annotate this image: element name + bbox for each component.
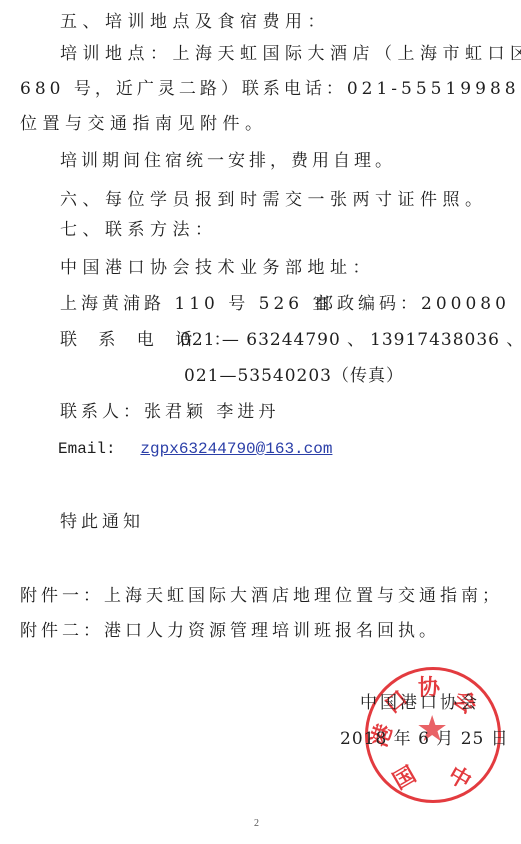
postcode: 邮政编码：200080: [316, 293, 510, 315]
section5-heading: 五、培训地点及食宿费用：: [60, 11, 330, 33]
accommodation-note: 培训期间住宿统一安排，费用自理。: [60, 150, 396, 172]
venue-line-2: 680 号，近广灵二路）联系电话：021-55519988，具体地理: [20, 78, 521, 100]
email-row: Email: zgpx63244790@163.com: [58, 437, 332, 460]
signature-organization: 中国港口协会: [360, 692, 480, 714]
email-label: Email:: [58, 440, 116, 458]
attachment-1: 附件一：上海天虹国际大酒店地理位置与交通指南；: [20, 585, 503, 607]
section7-heading: 七、联系方法：: [60, 219, 218, 241]
page-number: 2: [254, 818, 259, 829]
signature-date: 2018 年 6 月 25 日: [340, 728, 509, 750]
phone-1: 021 — 63244790 、: [180, 329, 365, 351]
address: 上海黄浦路 110 号 526 室: [60, 293, 334, 315]
seal-char: 中: [444, 764, 474, 794]
email-link[interactable]: zgpx63244790@163.com: [140, 440, 332, 458]
org-address-label: 中国港口协会技术业务部地址：: [60, 257, 375, 279]
seal-char: 国: [390, 764, 420, 794]
fax: 021—53540203（传真）: [184, 365, 404, 387]
contacts: 联系人：张君颖 李进丹: [60, 401, 279, 423]
attachment-2: 附件二：港口人力资源管理培训班报名回执。: [20, 620, 440, 642]
venue-line-3: 位置与交通指南见附件。: [20, 113, 268, 135]
phone-2: 13917438036 、: [370, 329, 521, 351]
section6-text: 六、每位学员报到时需交一张两寸证件照。: [60, 189, 488, 211]
closing: 特此通知: [60, 511, 144, 533]
venue-line-1: 培训地点：上海天虹国际大酒店（上海市虹口区水电路: [60, 43, 521, 65]
